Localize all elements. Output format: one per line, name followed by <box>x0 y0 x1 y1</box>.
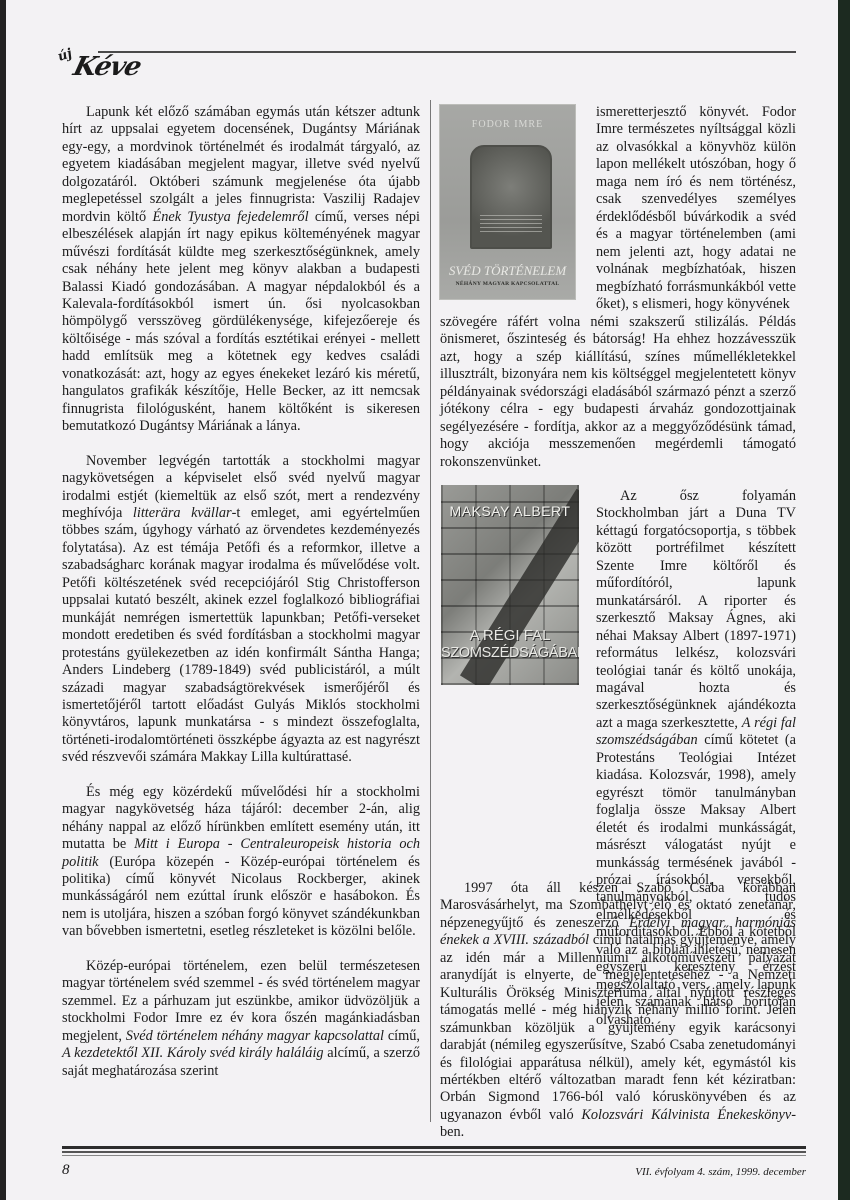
book-cover-title-line2: SZOMSZÉDSÁGÁBAN <box>441 645 579 661</box>
book-cover-author: FODOR IMRE <box>440 119 575 130</box>
book-cover-title-line1: A RÉGI FAL <box>441 627 579 644</box>
footer-rule <box>62 1151 806 1153</box>
paragraph-literary-evening: November legvégén tartották a stockholmi… <box>62 453 420 767</box>
book-cover-title: SVÉD TÖRTÉNELEM <box>440 263 575 279</box>
logo-small-text: új <box>56 46 74 65</box>
book-cover-author: MAKSAY ALBERT <box>441 503 579 519</box>
column-divider <box>430 100 431 1122</box>
paragraph-fodor-conclusion: szövegére ráfért volna némi szakszerű st… <box>440 314 796 471</box>
right-column-top-wide: szövegére ráfért volna némi szakszerű st… <box>440 314 796 471</box>
paragraph-rockberger: És még egy közérdekű művelődési hír a st… <box>62 784 420 941</box>
issue-info: VII. évfolyam 4. szám, 1999. december <box>635 1166 806 1178</box>
page-number: 8 <box>62 1162 70 1179</box>
page-edge-right <box>838 0 850 1200</box>
paragraph-dugantsy: Lapunk két előző számában egymás után ké… <box>62 104 420 436</box>
relief-plaque-image <box>470 145 552 249</box>
book-cover-sved-tortenelem: FODOR IMRE SVÉD TÖRTÉNELEM NÉHÁNY MAGYAR… <box>440 105 575 299</box>
paragraph-fodor-continued: ismeretterjesztő könyvét. Fodor Imre ter… <box>596 104 796 313</box>
right-column-top-narrow: ismeretterjesztő könyvét. Fodor Imre ter… <box>596 104 796 313</box>
magazine-logo: új Kéve <box>56 42 156 86</box>
right-column-bottom: 1997 óta áll készen Szabó Csaba korábban… <box>440 880 796 1142</box>
logo-main-text: Kéve <box>70 52 144 82</box>
footer-rule <box>62 1155 806 1156</box>
header-rule <box>98 51 796 53</box>
left-column: Lapunk két előző számában egymás után ké… <box>62 104 420 1080</box>
book-cover-regi-fal: MAKSAY ALBERT A RÉGI FAL SZOMSZÉDSÁGÁBAN <box>441 485 579 685</box>
paragraph-fodor-imre: Közép-európai történelem, ezen belül ter… <box>62 958 420 1080</box>
book-cover-subtitle: NÉHÁNY MAGYAR KAPCSOLATTAL <box>440 281 575 287</box>
footer-rule <box>62 1146 806 1149</box>
paragraph-szabo-csaba: 1997 óta áll készen Szabó Csaba korábban… <box>440 880 796 1142</box>
